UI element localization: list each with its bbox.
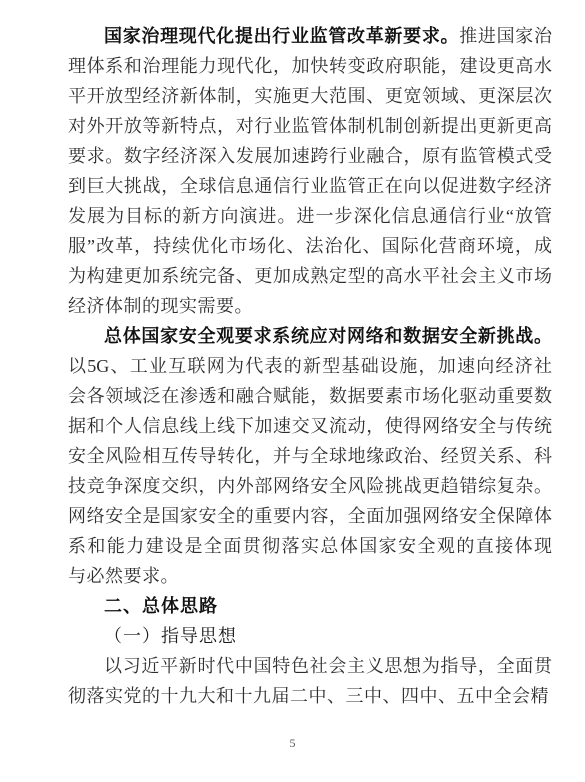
paragraph-3-line-1: 以习近平新时代中国特色社会主义思想为指导，全面贯 [68,651,552,681]
paragraph-1-line-10: 经济体制的现实需要。 [68,291,552,321]
paragraph-2-line-3: 会各领域泛在渗透和融合赋能，数据要素市场化驱动重要数 [68,381,552,411]
paragraph-1-text: 推进国家治 [459,26,552,46]
paragraph-1-line-2: 理体系和治理能力现代化，加快转变政府职能，建设更高水 [68,51,552,81]
paragraph-2-line-7: 网络安全是国家安全的重要内容，全面加强网络安全保障体 [68,501,552,531]
paragraph-2-line-6: 技竞争深度交织，内外部网络安全风险挑战更趋错综复杂。 [68,471,552,501]
document-body: 国家治理现代化提出行业监管改革新要求。推进国家治 理体系和治理能力现代化，加快转… [68,21,552,711]
paragraph-2-line-4: 据和个人信息线上线下加速交叉流动，使得网络安全与传统 [68,411,552,441]
page-number: 5 [0,735,585,751]
paragraph-1-line-5: 要求。数字经济深入发展加速跨行业融合，原有监管模式受 [68,141,552,171]
section-heading: 二、总体思路 [68,591,552,621]
paragraph-1-line-7: 发展为目标的新方向演进。进一步深化信息通信行业“放管 [68,201,552,231]
bold-lead-sentence-1: 国家治理现代化提出行业监管改革新要求。 [104,26,459,46]
paragraph-2-line-5: 安全风险相互传导转化，并与全球地缘政治、经贸关系、科 [68,441,552,471]
paragraph-1-line-6: 到巨大挑战，全球信息通信行业监管正在向以促进数字经济 [68,171,552,201]
bold-lead-sentence-2: 总体国家安全观要求系统应对网络和数据安全新挑战。 [104,326,552,346]
paragraph-2-line-8: 系和能力建设是全面贯彻落实总体国家安全观的直接体现 [68,531,552,561]
paragraph-1-line-1: 国家治理现代化提出行业监管改革新要求。推进国家治 [68,21,552,51]
document-page: 国家治理现代化提出行业监管改革新要求。推进国家治 理体系和治理能力现代化，加快转… [0,0,585,782]
paragraph-1-line-8: 服”改革，持续优化市场化、法治化、国际化营商环境，成 [68,231,552,261]
paragraph-1-line-3: 平开放型经济新体制，实施更大范围、更宽领域、更深层次 [68,81,552,111]
section-subheading: （一）指导思想 [68,621,552,651]
paragraph-1-line-4: 对外开放等新特点，对行业监管体制机制创新提出更新更高 [68,111,552,141]
paragraph-2-line-1: 总体国家安全观要求系统应对网络和数据安全新挑战。 [68,321,552,351]
paragraph-2-line-9: 与必然要求。 [68,561,552,591]
paragraph-2-line-2: 以5G、工业互联网为代表的新型基础设施，加速向经济社 [68,351,552,381]
paragraph-1-line-9: 为构建更加系统完备、更加成熟定型的高水平社会主义市场 [68,261,552,291]
paragraph-3-line-2: 彻落实党的十九大和十九届二中、三中、四中、五中全会精 [68,681,552,711]
